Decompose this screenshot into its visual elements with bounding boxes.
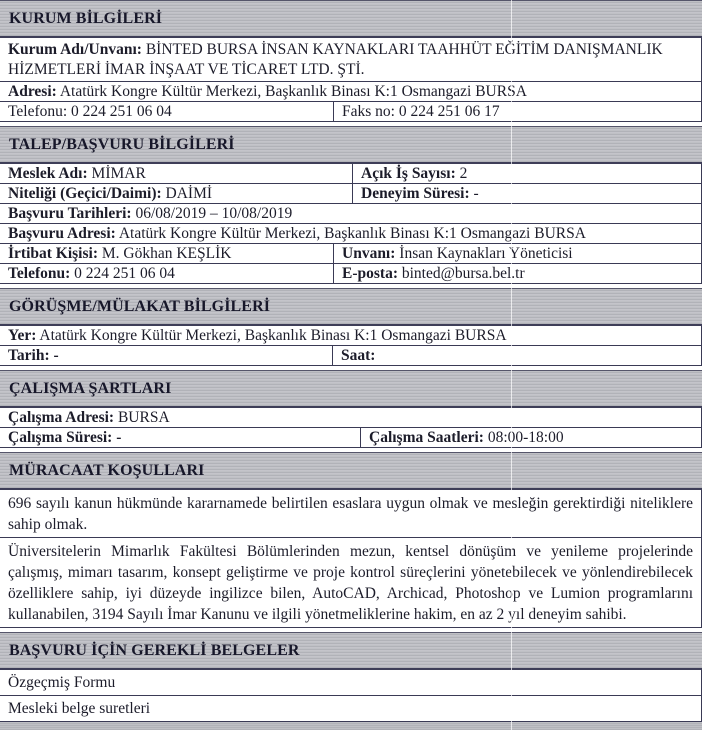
eposta-value[interactable]: binted@bursa.bel.tr <box>398 265 525 282</box>
calisma-saatleri-value: 08:00-18:00 <box>484 429 564 446</box>
basvuru-adresi-cell: Başvuru Adresi: Atatürk Kongre Kültür Me… <box>0 224 701 243</box>
kurum-adres-label: Adresi: <box>8 83 57 100</box>
kurum-adres-cell: Adresi: Atatürk Kongre Kültür Merkezi, B… <box>0 82 701 101</box>
bottom-strip <box>0 722 702 730</box>
eposta-label: E-posta: <box>342 265 398 282</box>
calisma-adresi-cell: Çalışma Adresi: BURSA <box>0 408 701 427</box>
kurum-faks-value: 0 224 251 06 17 <box>395 103 500 120</box>
row-calisma-adresi: Çalışma Adresi: BURSA <box>0 408 702 428</box>
kurum-telefon-cell: Telefonu: 0 224 251 06 04 <box>0 102 333 121</box>
niteligi-label: Niteliği (Geçici/Daimi): <box>8 185 162 202</box>
deneyim-value: - <box>470 185 479 202</box>
row-niteligi: Niteliği (Geçici/Daimi): DAİMİ Deneyim S… <box>0 184 702 204</box>
acik-is-cell: Açık İş Sayısı: 2 <box>352 164 701 183</box>
calisma-suresi-label: Çalışma Süresi: <box>8 429 112 446</box>
section-header-gorusme: GÖRÜŞME/MÜLAKAT BİLGİLERİ <box>0 288 702 326</box>
belge-item: Mesleki belge suretleri <box>0 696 702 722</box>
basvuru-adresi-label: Başvuru Adresi: <box>8 225 116 242</box>
muracaat-condition-2: Üniversitelerin Mimarlık Fakültesi Bölüm… <box>0 538 702 628</box>
row-kurum-adi: Kurum Adı/Unvanı: BİNTED BURSA İNSAN KAY… <box>0 38 702 82</box>
saat-cell: Saat: <box>332 346 701 365</box>
row-irtibat: İrtibat Kişisi: M. Gökhan KEŞLİK Unvanı:… <box>0 244 702 264</box>
muracaat-text-1: 696 sayılı kanun hükmünde kararnamede be… <box>0 490 701 537</box>
row-kurum-telefon-faks: Telefonu: 0 224 251 06 04 Faks no: 0 224… <box>0 102 702 122</box>
niteligi-value: DAİMİ <box>162 185 212 202</box>
unvani-value: İnsan Kaynakları Yöneticisi <box>395 245 572 262</box>
meslek-label: Meslek Adı: <box>8 165 88 182</box>
section-header-calisma: ÇALIŞMA ŞARTLARI <box>0 370 702 408</box>
job-posting-document: KURUM BİLGİLERİ Kurum Adı/Unvanı: BİNTED… <box>0 0 702 730</box>
row-talep-telefon: Telefonu: 0 224 251 06 04 E-posta: binte… <box>0 264 702 284</box>
meslek-cell: Meslek Adı: MİMAR <box>0 164 352 183</box>
section-header-kurum: KURUM BİLGİLERİ <box>0 0 702 38</box>
tarih-cell: Tarih: - <box>0 346 332 365</box>
row-calisma-sure-saat: Çalışma Süresi: - Çalışma Saatleri: 08:0… <box>0 428 702 448</box>
basvuru-adresi-value: Atatürk Kongre Kültür Merkezi, Başkanlık… <box>116 225 586 242</box>
kurum-telefon-value: 0 224 251 06 04 <box>67 103 172 120</box>
calisma-adresi-label: Çalışma Adresi: <box>8 409 114 426</box>
muracaat-condition-1: 696 sayılı kanun hükmünde kararnamede be… <box>0 490 702 538</box>
acik-is-label: Açık İş Sayısı: <box>361 165 456 182</box>
row-basvuru-adresi: Başvuru Adresi: Atatürk Kongre Kültür Me… <box>0 224 702 244</box>
section-header-talep: TALEP/BAŞVURU BİLGİLERİ <box>0 126 702 164</box>
kurum-adres-value: Atatürk Kongre Kültür Merkezi, Başkanlık… <box>57 83 527 100</box>
basvuru-tarihleri-label: Başvuru Tarihleri: <box>8 205 132 222</box>
row-meslek: Meslek Adı: MİMAR Açık İş Sayısı: 2 <box>0 164 702 184</box>
calisma-saatleri-cell: Çalışma Saatleri: 08:00-18:00 <box>360 428 701 447</box>
acik-is-value: 2 <box>456 165 468 182</box>
row-yer: Yer: Atatürk Kongre Kültür Merkezi, Başk… <box>0 326 702 346</box>
calisma-adresi-value: BURSA <box>114 409 170 426</box>
talep-telefon-cell: Telefonu: 0 224 251 06 04 <box>0 264 333 283</box>
irtibat-label: İrtibat Kişisi: <box>8 245 98 262</box>
irtibat-value: M. Gökhan KEŞLİK <box>98 245 231 262</box>
kurum-telefon-label: Telefonu: <box>8 103 67 120</box>
calisma-suresi-cell: Çalışma Süresi: - <box>0 428 360 447</box>
basvuru-tarihleri-cell: Başvuru Tarihleri: 06/08/2019 – 10/08/20… <box>0 204 701 223</box>
saat-label: Saat: <box>341 347 375 364</box>
row-basvuru-tarihleri: Başvuru Tarihleri: 06/08/2019 – 10/08/20… <box>0 204 702 224</box>
tarih-label: Tarih: <box>8 347 50 364</box>
section-header-belgeler: BAŞVURU İÇİN GEREKLİ BELGELER <box>0 632 702 670</box>
section-header-muracaat: MÜRACAAT KOŞULLARI <box>0 452 702 490</box>
unvani-cell: Unvanı: İnsan Kaynakları Yöneticisi <box>333 244 701 263</box>
basvuru-tarihleri-value: 06/08/2019 – 10/08/2019 <box>132 205 293 222</box>
belge-item: Özgeçmiş Formu <box>0 670 702 696</box>
unvani-label: Unvanı: <box>342 245 395 262</box>
kurum-faks-cell: Faks no: 0 224 251 06 17 <box>333 102 701 121</box>
talep-telefon-value: 0 224 251 06 04 <box>70 265 175 282</box>
talep-telefon-label: Telefonu: <box>8 265 70 282</box>
kurum-adi-cell: Kurum Adı/Unvanı: BİNTED BURSA İNSAN KAY… <box>0 38 701 81</box>
deneyim-cell: Deneyim Süresi: - <box>352 184 701 203</box>
yer-label: Yer: <box>8 327 36 344</box>
calisma-suresi-value: - <box>112 429 121 446</box>
deneyim-label: Deneyim Süresi: <box>361 185 470 202</box>
meslek-value: MİMAR <box>88 165 146 182</box>
kurum-faks-label: Faks no: <box>342 103 395 120</box>
kurum-adi-label: Kurum Adı/Unvanı: <box>8 41 142 58</box>
irtibat-cell: İrtibat Kişisi: M. Gökhan KEŞLİK <box>0 244 333 263</box>
row-tarih-saat: Tarih: - Saat: <box>0 346 702 366</box>
row-kurum-adres: Adresi: Atatürk Kongre Kültür Merkezi, B… <box>0 82 702 102</box>
eposta-cell: E-posta: binted@bursa.bel.tr <box>333 264 701 283</box>
belge-item-text: Özgeçmiş Formu <box>0 670 701 695</box>
niteligi-cell: Niteliği (Geçici/Daimi): DAİMİ <box>0 184 352 203</box>
yer-cell: Yer: Atatürk Kongre Kültür Merkezi, Başk… <box>0 326 701 345</box>
tarih-value: - <box>50 347 59 364</box>
muracaat-text-2: Üniversitelerin Mimarlık Fakültesi Bölüm… <box>0 538 701 627</box>
belge-item-text: Mesleki belge suretleri <box>0 696 701 721</box>
yer-value: Atatürk Kongre Kültür Merkezi, Başkanlık… <box>36 327 506 344</box>
calisma-saatleri-label: Çalışma Saatleri: <box>369 429 484 446</box>
